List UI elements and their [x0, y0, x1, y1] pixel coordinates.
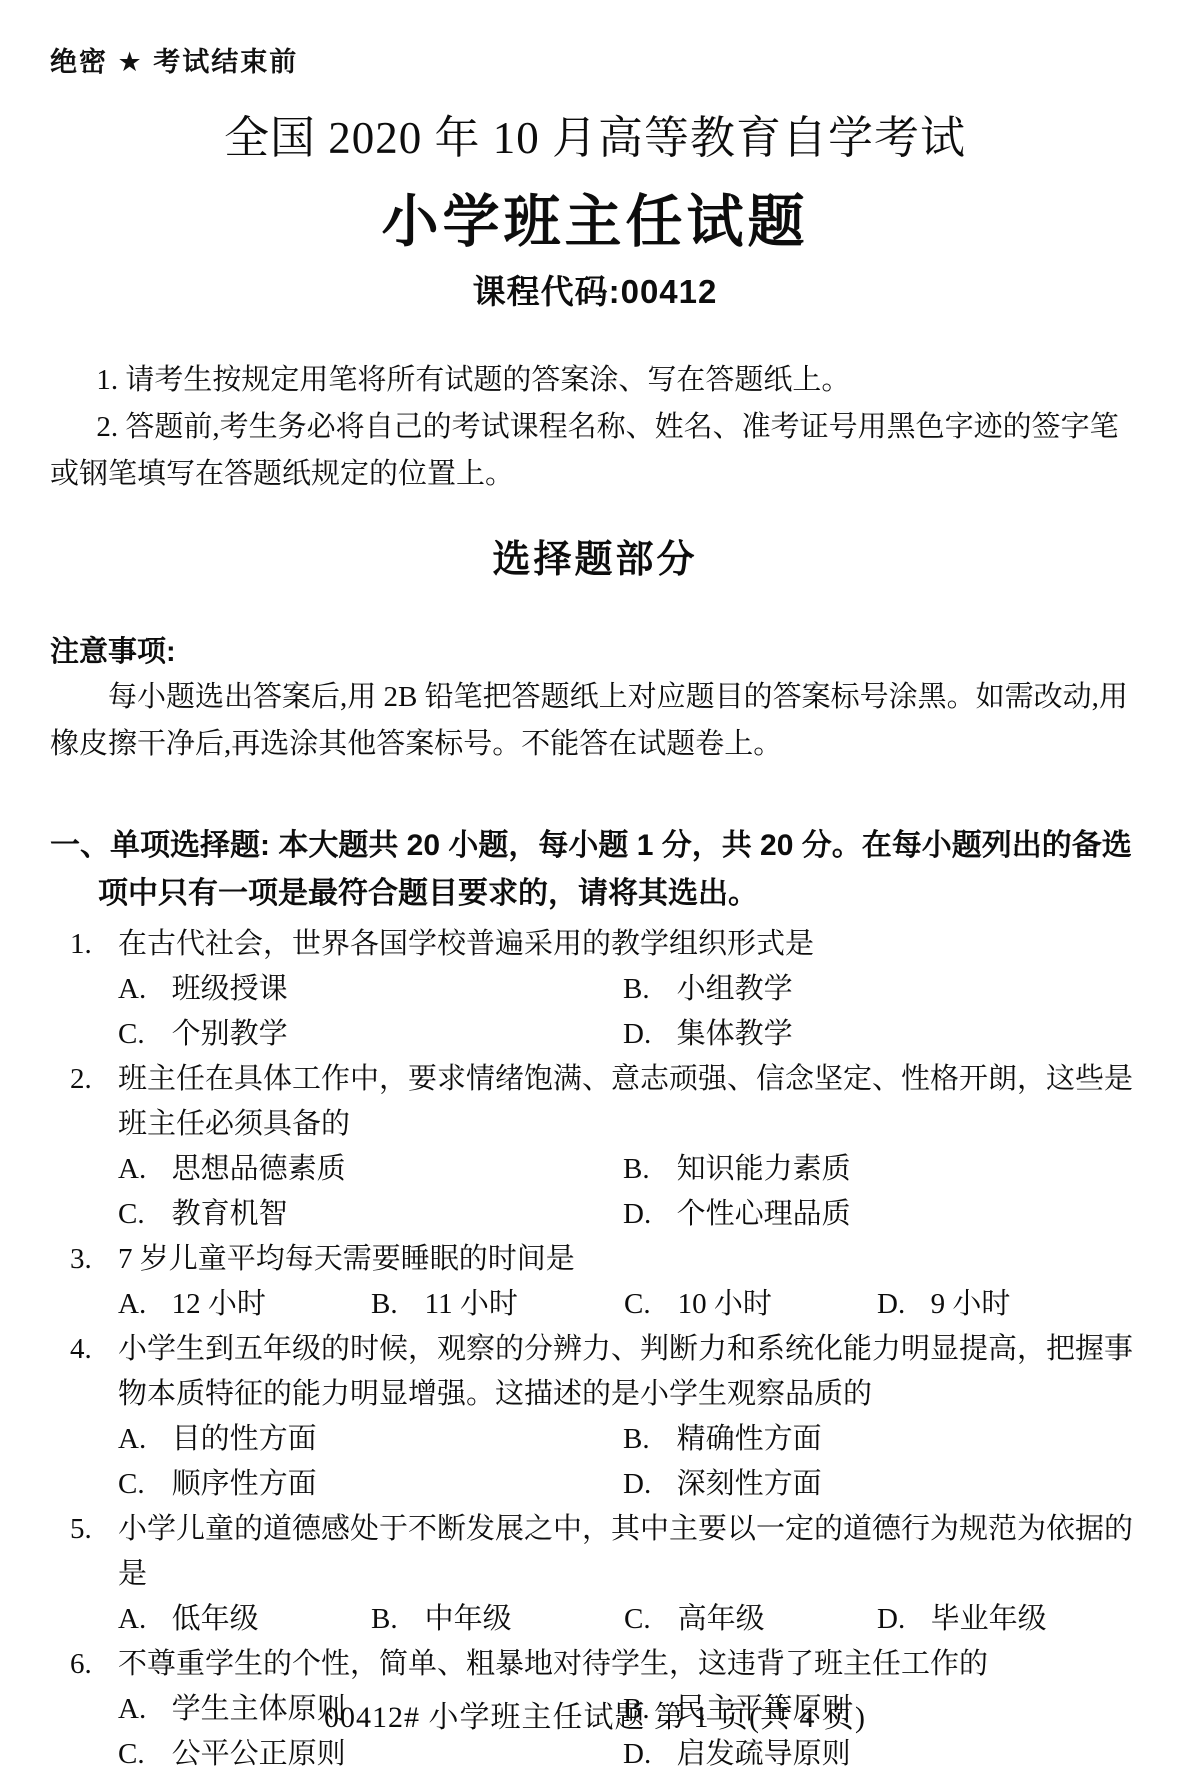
- option-letter: B.: [623, 1147, 677, 1192]
- question-list: 1. 在古代社会，世界各国学校普遍采用的教学组织形式是 A.班级授课 B.小组教…: [50, 922, 1140, 1772]
- option-text: 11 小时: [425, 1288, 518, 1320]
- option-b: B.知识能力素质: [623, 1147, 1128, 1192]
- option-a: A.思想品德素质: [118, 1147, 623, 1192]
- option-row: C.个别教学 D.集体教学: [118, 1012, 1140, 1057]
- option-text: 知识能力素质: [677, 1153, 851, 1185]
- question-number: 5.: [70, 1507, 92, 1552]
- option-b: B.精确性方面: [623, 1417, 1128, 1462]
- option-letter: A.: [118, 1417, 172, 1462]
- option-text: 9 小时: [931, 1288, 1011, 1320]
- option-text: 个别教学: [172, 1018, 288, 1050]
- option-letter: B.: [623, 967, 677, 1012]
- notes-label: 注意事项:: [50, 629, 1140, 670]
- option-b: B.11 小时: [371, 1282, 624, 1327]
- question-number: 2.: [70, 1057, 92, 1102]
- option-letter: C.: [624, 1282, 678, 1327]
- option-d: D.9 小时: [877, 1282, 1130, 1327]
- option-text: 深刻性方面: [677, 1468, 822, 1500]
- option-letter: C.: [118, 1192, 172, 1237]
- option-c: C.10 小时: [624, 1282, 877, 1327]
- option-letter: B.: [371, 1282, 425, 1327]
- option-row: A.思想品德素质 B.知识能力素质: [118, 1147, 1140, 1192]
- option-letter: B.: [623, 1417, 677, 1462]
- option-text: 思想品德素质: [172, 1153, 346, 1185]
- question-number: 1.: [70, 922, 92, 967]
- notes-body: 每小题选出答案后,用 2B 铅笔把答题纸上对应题目的答案标号涂黑。如需改动,用橡…: [50, 674, 1140, 768]
- option-text: 个性心理品质: [677, 1198, 851, 1230]
- option-letter: A.: [118, 1282, 172, 1327]
- option-row: A.低年级 B.中年级 C.高年级 D.毕业年级: [118, 1597, 1140, 1642]
- option-letter: B.: [371, 1597, 425, 1642]
- option-text: 教育机智: [172, 1198, 288, 1230]
- option-letter: C.: [118, 1732, 172, 1772]
- option-text: 公平公正原则: [172, 1738, 346, 1770]
- option-row: A.12 小时 B.11 小时 C.10 小时 D.9 小时: [118, 1282, 1140, 1327]
- question-stem: 7 岁儿童平均每天需要睡眠的时间是: [118, 1237, 1140, 1282]
- option-letter: A.: [118, 1147, 172, 1192]
- option-c: C.个别教学: [118, 1012, 623, 1057]
- option-text: 精确性方面: [677, 1423, 822, 1455]
- classification-label: 绝密 ★ 考试结束前: [50, 40, 1140, 79]
- option-text: 目的性方面: [172, 1423, 317, 1455]
- option-text: 毕业年级: [931, 1603, 1047, 1635]
- instruction-2: 2. 答题前,考生务必将自己的考试课程名称、姓名、准考证号用黑色字迹的签字笔或钢…: [50, 404, 1140, 498]
- option-c: C.顺序性方面: [118, 1462, 623, 1507]
- question-stem: 小学儿童的道德感处于不断发展之中，其中主要以一定的道德行为规范为依据的是: [118, 1507, 1140, 1597]
- option-text: 集体教学: [677, 1018, 793, 1050]
- question-stem: 不尊重学生的个性，简单、粗暴地对待学生，这违背了班主任工作的: [118, 1642, 1140, 1687]
- option-text: 启发疏导原则: [677, 1738, 851, 1770]
- question-2: 2. 班主任在具体工作中，要求情绪饱满、意志顽强、信念坚定、性格开朗，这些是班主…: [50, 1057, 1140, 1237]
- option-letter: A.: [118, 1597, 172, 1642]
- exam-paper-page: 绝密 ★ 考试结束前 全国 2020 年 10 月高等教育自学考试 小学班主任试…: [0, 0, 1190, 1772]
- question-stem: 小学生到五年级的时候，观察的分辨力、判断力和系统化能力明显提高，把握事物本质特征…: [118, 1327, 1140, 1417]
- general-instructions: 1. 请考生按规定用笔将所有试题的答案涂、写在答题纸上。 2. 答题前,考生务必…: [50, 357, 1140, 498]
- option-text: 低年级: [172, 1603, 259, 1635]
- section-heading: 选择题部分: [50, 528, 1140, 583]
- option-d: D.深刻性方面: [623, 1462, 1128, 1507]
- option-text: 班级授课: [172, 973, 288, 1005]
- option-row: C.教育机智 D.个性心理品质: [118, 1192, 1140, 1237]
- instruction-1: 1. 请考生按规定用笔将所有试题的答案涂、写在答题纸上。: [50, 357, 1140, 404]
- exam-title: 全国 2020 年 10 月高等教育自学考试: [50, 101, 1140, 166]
- option-row: A.目的性方面 B.精确性方面: [118, 1417, 1140, 1462]
- question-number: 3.: [70, 1237, 92, 1282]
- option-row: C.顺序性方面 D.深刻性方面: [118, 1462, 1140, 1507]
- option-d: D.毕业年级: [877, 1597, 1130, 1642]
- option-text: 高年级: [678, 1603, 765, 1635]
- option-text: 12 小时: [172, 1288, 266, 1320]
- option-row: A.班级授课 B.小组教学: [118, 967, 1140, 1012]
- question-stem: 班主任在具体工作中，要求情绪饱满、意志顽强、信念坚定、性格开朗，这些是班主任必须…: [118, 1057, 1140, 1147]
- question-3: 3. 7 岁儿童平均每天需要睡眠的时间是 A.12 小时 B.11 小时 C.1…: [50, 1237, 1140, 1327]
- option-letter: C.: [624, 1597, 678, 1642]
- option-letter: D.: [623, 1012, 677, 1057]
- option-c: C.高年级: [624, 1597, 877, 1642]
- question-number: 4.: [70, 1327, 92, 1372]
- option-row: C.公平公正原则 D.启发疏导原则: [118, 1732, 1140, 1772]
- option-d: D.个性心理品质: [623, 1192, 1128, 1237]
- paper-title: 小学班主任试题: [50, 176, 1140, 258]
- option-letter: D.: [623, 1192, 677, 1237]
- page-footer: 00412# 小学班主任试题 第 1 页(共 4 页): [0, 1692, 1190, 1736]
- question-5: 5. 小学儿童的道德感处于不断发展之中，其中主要以一定的道德行为规范为依据的是 …: [50, 1507, 1140, 1642]
- option-d: D.集体教学: [623, 1012, 1128, 1057]
- part1-heading: 一、单项选择题: 本大题共 20 小题，每小题 1 分，共 20 分。在每小题列…: [50, 822, 1140, 918]
- option-a: A.低年级: [118, 1597, 371, 1642]
- option-letter: D.: [623, 1732, 677, 1772]
- option-text: 中年级: [425, 1603, 512, 1635]
- option-letter: D.: [877, 1597, 931, 1642]
- question-4: 4. 小学生到五年级的时候，观察的分辨力、判断力和系统化能力明显提高，把握事物本…: [50, 1327, 1140, 1507]
- option-a: A.12 小时: [118, 1282, 371, 1327]
- option-d: D.启发疏导原则: [623, 1732, 1128, 1772]
- option-letter: D.: [877, 1282, 931, 1327]
- option-letter: C.: [118, 1012, 172, 1057]
- option-letter: C.: [118, 1462, 172, 1507]
- option-c: C.公平公正原则: [118, 1732, 623, 1772]
- option-c: C.教育机智: [118, 1192, 623, 1237]
- option-text: 10 小时: [678, 1288, 772, 1320]
- question-1: 1. 在古代社会，世界各国学校普遍采用的教学组织形式是 A.班级授课 B.小组教…: [50, 922, 1140, 1057]
- option-letter: A.: [118, 967, 172, 1012]
- option-text: 顺序性方面: [172, 1468, 317, 1500]
- option-a: A.班级授课: [118, 967, 623, 1012]
- question-stem: 在古代社会，世界各国学校普遍采用的教学组织形式是: [118, 922, 1140, 967]
- option-b: B.小组教学: [623, 967, 1128, 1012]
- option-b: B.中年级: [371, 1597, 624, 1642]
- option-letter: D.: [623, 1462, 677, 1507]
- question-number: 6.: [70, 1642, 92, 1687]
- option-text: 小组教学: [677, 973, 793, 1005]
- option-a: A.目的性方面: [118, 1417, 623, 1462]
- course-code: 课程代码:00412: [50, 266, 1140, 313]
